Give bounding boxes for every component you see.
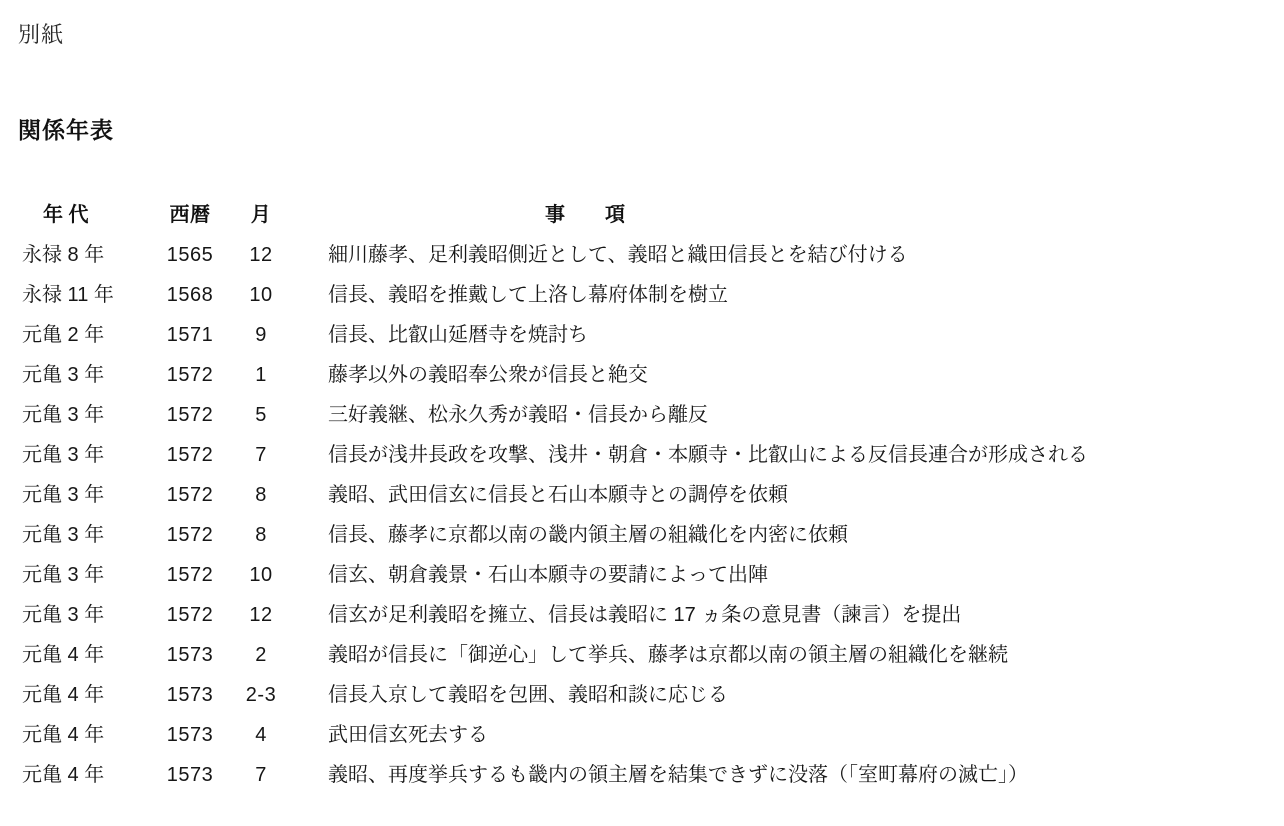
cell-year: 1572 [164, 355, 216, 395]
cell-month: 7 [216, 435, 306, 475]
cell-event: 信玄が足利義昭を擁立、信長は義昭に 17 ヵ条の意見書（諫言）を提出 [306, 595, 1284, 635]
cell-event: 義昭が信長に「御逆心」して挙兵、藤孝は京都以南の領主層の組織化を継続 [306, 635, 1284, 675]
cell-year: 1573 [164, 675, 216, 715]
cell-era: 元亀 2 年 [22, 315, 164, 355]
page-title: 関係年表 [18, 112, 114, 145]
table-row: 元亀 3 年 1572 5 三好義継、松永久秀が義昭・信長から離反 [0, 395, 1284, 435]
cell-era: 元亀 3 年 [22, 395, 164, 435]
cell-month: 2 [216, 635, 306, 675]
cell-era: 元亀 3 年 [22, 595, 164, 635]
table-row: 元亀 3 年 1572 10 信玄、朝倉義景・石山本願寺の要請によって出陣 [0, 555, 1284, 595]
cell-era: 元亀 3 年 [22, 435, 164, 475]
table-row: 元亀 2 年 1571 9 信長、比叡山延暦寺を焼討ち [0, 315, 1284, 355]
cell-event: 信長入京して義昭を包囲、義昭和談に応じる [306, 675, 1284, 715]
cell-year: 1572 [164, 515, 216, 555]
cell-month: 8 [216, 475, 306, 515]
cell-event: 義昭、武田信玄に信長と石山本願寺との調停を依頼 [306, 475, 1284, 515]
header-era: 年 代 [22, 195, 164, 235]
cell-year: 1573 [164, 635, 216, 675]
table-row: 元亀 4 年 1573 2 義昭が信長に「御逆心」して挙兵、藤孝は京都以南の領主… [0, 635, 1284, 675]
attachment-label: 別紙 [18, 18, 64, 49]
cell-era: 元亀 3 年 [22, 515, 164, 555]
cell-year: 1572 [164, 435, 216, 475]
cell-month: 9 [216, 315, 306, 355]
cell-month: 12 [216, 235, 306, 275]
header-month: 月 [216, 195, 306, 235]
cell-year: 1568 [164, 275, 216, 315]
cell-year: 1572 [164, 555, 216, 595]
table-row: 元亀 4 年 1573 2-3 信長入京して義昭を包囲、義昭和談に応じる [0, 675, 1284, 715]
chronology-table: 年 代 西暦 月 事 項 永禄 8 年 1565 12 細川藤孝、足利義昭側近と… [0, 195, 1284, 795]
cell-month: 4 [216, 715, 306, 755]
cell-month: 8 [216, 515, 306, 555]
cell-year: 1572 [164, 395, 216, 435]
cell-event: 信長、藤孝に京都以南の畿内領主層の組織化を内密に依頼 [306, 515, 1284, 555]
cell-event: 藤孝以外の義昭奉公衆が信長と絶交 [306, 355, 1284, 395]
cell-era: 元亀 3 年 [22, 475, 164, 515]
cell-event: 三好義継、松永久秀が義昭・信長から離反 [306, 395, 1284, 435]
header-event: 事 項 [306, 195, 1284, 235]
table-row: 元亀 3 年 1572 8 信長、藤孝に京都以南の畿内領主層の組織化を内密に依頼 [0, 515, 1284, 555]
header-year: 西暦 [164, 195, 216, 235]
cell-event: 信長、義昭を推戴して上洛し幕府体制を樹立 [306, 275, 1284, 315]
table-row: 永禄 11 年 1568 10 信長、義昭を推戴して上洛し幕府体制を樹立 [0, 275, 1284, 315]
cell-year: 1572 [164, 475, 216, 515]
cell-year: 1571 [164, 315, 216, 355]
cell-event: 細川藤孝、足利義昭側近として、義昭と織田信長とを結び付ける [306, 235, 1284, 275]
table-row: 元亀 3 年 1572 1 藤孝以外の義昭奉公衆が信長と絶交 [0, 355, 1284, 395]
table-row: 元亀 4 年 1573 7 義昭、再度挙兵するも畿内の領主層を結集できずに没落（… [0, 755, 1284, 795]
table-row: 永禄 8 年 1565 12 細川藤孝、足利義昭側近として、義昭と織田信長とを結… [0, 235, 1284, 275]
cell-year: 1572 [164, 595, 216, 635]
cell-event: 信長が浅井長政を攻撃、浅井・朝倉・本願寺・比叡山による反信長連合が形成される [306, 435, 1284, 475]
cell-month: 10 [216, 555, 306, 595]
cell-month: 10 [216, 275, 306, 315]
cell-era: 元亀 4 年 [22, 755, 164, 795]
document-page: 別紙 関係年表 年 代 西暦 月 事 項 永禄 8 年 1565 12 細川藤孝… [0, 0, 1284, 826]
cell-era: 永禄 8 年 [22, 235, 164, 275]
cell-year: 1573 [164, 755, 216, 795]
table-row: 元亀 3 年 1572 12 信玄が足利義昭を擁立、信長は義昭に 17 ヵ条の意… [0, 595, 1284, 635]
cell-event: 武田信玄死去する [306, 715, 1284, 755]
cell-month: 12 [216, 595, 306, 635]
cell-month: 2-3 [216, 675, 306, 715]
cell-era: 元亀 4 年 [22, 715, 164, 755]
table-row: 元亀 4 年 1573 4 武田信玄死去する [0, 715, 1284, 755]
cell-year: 1565 [164, 235, 216, 275]
cell-era: 元亀 4 年 [22, 675, 164, 715]
cell-event: 信玄、朝倉義景・石山本願寺の要請によって出陣 [306, 555, 1284, 595]
table-row: 元亀 3 年 1572 8 義昭、武田信玄に信長と石山本願寺との調停を依頼 [0, 475, 1284, 515]
cell-month: 1 [216, 355, 306, 395]
table-row: 元亀 3 年 1572 7 信長が浅井長政を攻撃、浅井・朝倉・本願寺・比叡山によ… [0, 435, 1284, 475]
cell-month: 7 [216, 755, 306, 795]
cell-era: 元亀 3 年 [22, 555, 164, 595]
cell-event: 義昭、再度挙兵するも畿内の領主層を結集できずに没落（「室町幕府の滅亡」） [306, 755, 1284, 795]
table-header-row: 年 代 西暦 月 事 項 [0, 195, 1284, 235]
cell-month: 5 [216, 395, 306, 435]
cell-year: 1573 [164, 715, 216, 755]
cell-event: 信長、比叡山延暦寺を焼討ち [306, 315, 1284, 355]
cell-era: 元亀 3 年 [22, 355, 164, 395]
cell-era: 元亀 4 年 [22, 635, 164, 675]
cell-era: 永禄 11 年 [22, 275, 164, 315]
